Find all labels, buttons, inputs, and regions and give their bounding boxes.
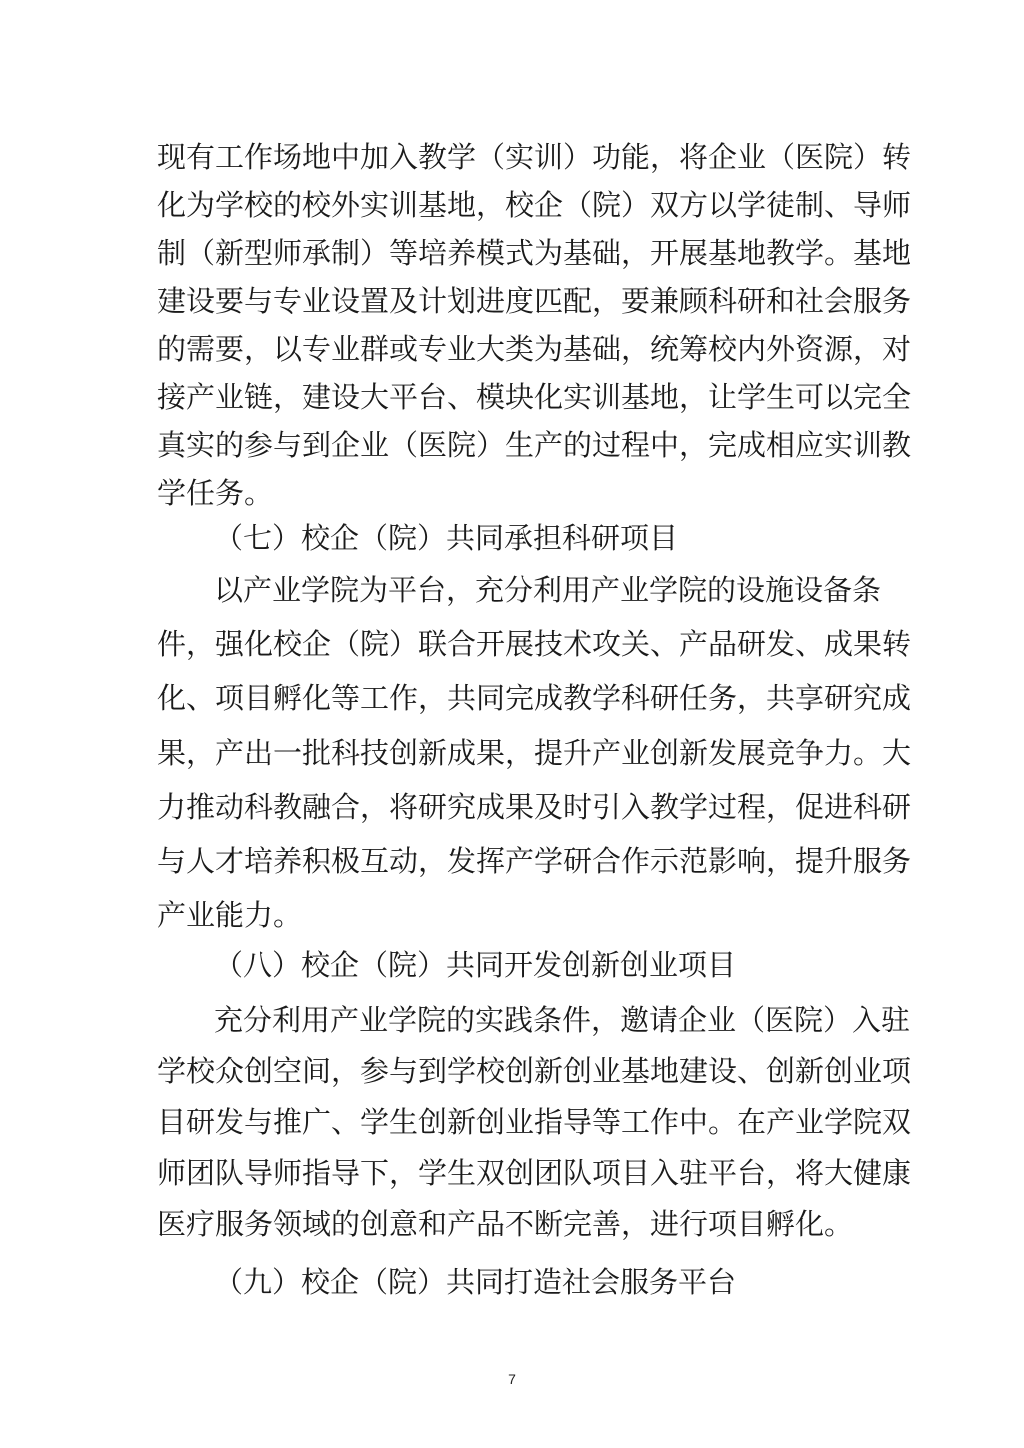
body-line: 制（新型师承制）等培养模式为基础，开展基地教学。基地	[157, 233, 869, 273]
body-line: 师团队导师指导下，学生双创团队项目入驻平台，将大健康	[157, 1153, 869, 1193]
paragraph-first-line: 充分利用产业学院的实践条件，邀请企业（医院）入驻	[214, 1000, 869, 1040]
body-line: 医疗服务领域的创意和产品不断完善，进行项目孵化。	[157, 1204, 869, 1244]
section-heading-8: （八）校企（院）共同开发创新创业项目	[214, 945, 736, 985]
section-heading-7: （七）校企（院）共同承担科研项目	[214, 518, 678, 558]
body-line: 果，产出一批科技创新成果，提升产业创新发展竞争力。大	[157, 733, 869, 773]
body-line: 真实的参与到企业（医院）生产的过程中，完成相应实训教	[157, 425, 869, 465]
body-line: 学校众创空间，参与到学校创新创业基地建设、创新创业项	[157, 1051, 869, 1091]
body-line: 学任务。	[157, 473, 869, 513]
paragraph-first-line: 以产业学院为平台，充分利用产业学院的设施设备条	[214, 570, 869, 610]
document-page: 现有工作场地中加入教学（实训）功能，将企业（医院）转 化为学校的校外实训基地，校…	[0, 0, 1024, 1448]
body-line: 化、项目孵化等工作，共同完成教学科研任务，共享研究成	[157, 678, 869, 718]
body-line: 产业能力。	[157, 895, 869, 935]
body-line: 化为学校的校外实训基地，校企（院）双方以学徒制、导师	[157, 185, 869, 225]
body-line: 的需要，以专业群或专业大类为基础，统筹校内外资源，对	[157, 329, 869, 369]
body-line: 件，强化校企（院）联合开展技术攻关、产品研发、成果转	[157, 624, 869, 664]
body-line: 与人才培养积极互动，发挥产学研合作示范影响，提升服务	[157, 841, 869, 881]
body-line: 目研发与推广、学生创新创业指导等工作中。在产业学院双	[157, 1102, 869, 1142]
body-line: 接产业链，建设大平台、模块化实训基地，让学生可以完全	[157, 377, 869, 417]
section-heading-9: （九）校企（院）共同打造社会服务平台	[214, 1262, 736, 1302]
body-line: 力推动科教融合，将研究成果及时引入教学过程，促进科研	[157, 787, 869, 827]
body-line: 建设要与专业设置及计划进度匹配，要兼顾科研和社会服务	[157, 281, 869, 321]
body-line: 现有工作场地中加入教学（实训）功能，将企业（医院）转	[157, 137, 869, 177]
page-number: 7	[0, 1371, 1024, 1387]
